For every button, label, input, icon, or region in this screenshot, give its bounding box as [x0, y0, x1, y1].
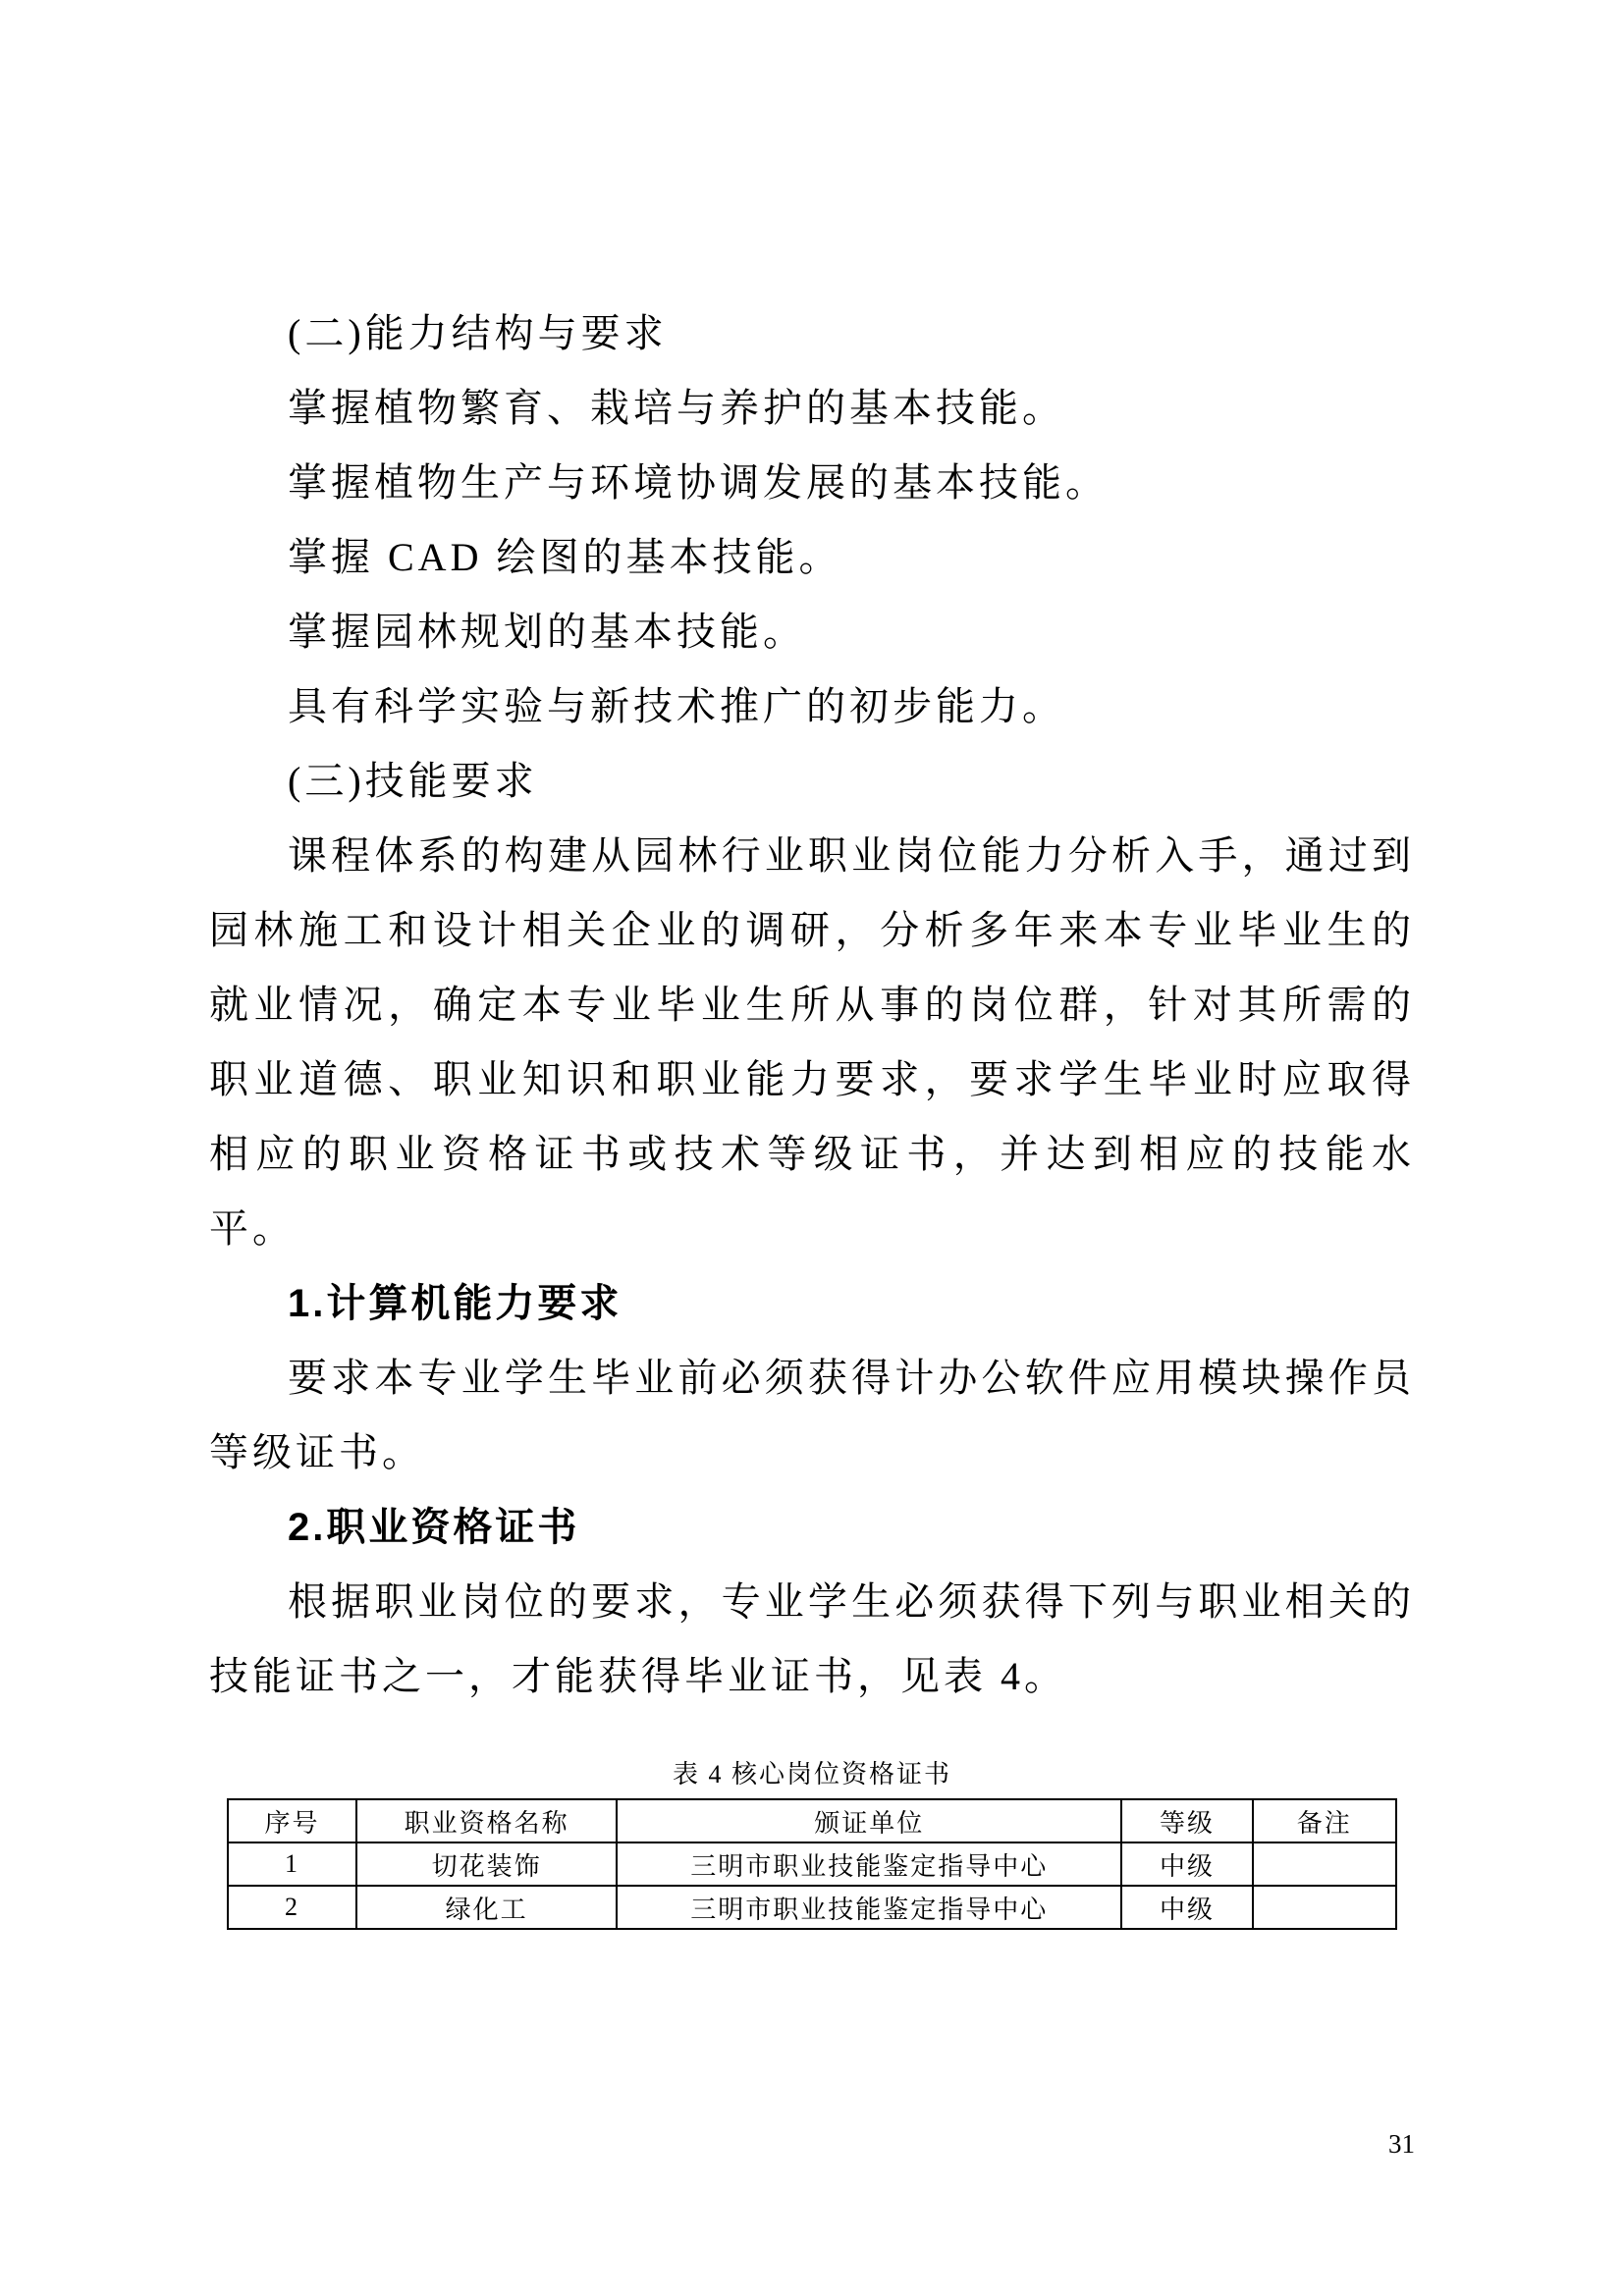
certificate-table-block: 表 4 核心岗位资格证书 序号 职业资格名称 颁证单位 等级 备注 — [227, 1758, 1397, 1930]
header-cell-index: 序号 — [228, 1799, 356, 1842]
paragraph-curriculum-system: 课程体系的构建从园林行业职业岗位能力分析入手，通过到园林施工和设计相关企业的调研… — [209, 819, 1415, 1266]
header-cell-level: 等级 — [1121, 1799, 1252, 1842]
core-post-qualification-table: 序号 职业资格名称 颁证单位 等级 备注 1 切花装饰 三明市职业技能鉴定指导中… — [227, 1798, 1397, 1930]
skill-item-landscape-planning: 掌握园林规划的基本技能。 — [209, 595, 1415, 669]
skill-item-plant-breeding: 掌握植物繁育、栽培与养护的基本技能。 — [209, 371, 1415, 446]
subheading-computer-ability: 1.计算机能力要求 — [209, 1266, 1415, 1341]
table-header-row: 序号 职业资格名称 颁证单位 等级 备注 — [228, 1799, 1396, 1842]
header-cell-qualification-name: 职业资格名称 — [356, 1799, 617, 1842]
table-row: 2 绿化工 三明市职业技能鉴定指导中心 中级 — [228, 1886, 1396, 1929]
header-cell-issuing-unit: 颁证单位 — [617, 1799, 1121, 1842]
section-heading-skill-requirements: (三)技能要求 — [209, 744, 1415, 819]
page-number: 31 — [1388, 2128, 1415, 2160]
cell-qualification-name: 绿化工 — [356, 1886, 617, 1929]
subheading-vocational-certificate: 2.职业资格证书 — [209, 1490, 1415, 1565]
skill-item-plant-production: 掌握植物生产与环境协调发展的基本技能。 — [209, 446, 1415, 520]
skill-item-science-experiment: 具有科学实验与新技术推广的初步能力。 — [209, 669, 1415, 744]
cell-remarks — [1253, 1886, 1396, 1929]
paragraph-certificate-requirement: 根据职业岗位的要求，专业学生必须获得下列与职业相关的技能证书之一，才能获得毕业证… — [209, 1565, 1415, 1714]
skill-item-cad-drawing: 掌握 CAD 绘图的基本技能。 — [209, 520, 1415, 595]
cell-index: 1 — [228, 1842, 356, 1886]
cell-issuing-unit: 三明市职业技能鉴定指导中心 — [617, 1842, 1121, 1886]
section-heading-ability-structure: (二)能力结构与要求 — [209, 296, 1415, 371]
cell-remarks — [1253, 1842, 1396, 1886]
cell-level: 中级 — [1121, 1886, 1252, 1929]
cell-qualification-name: 切花装饰 — [356, 1842, 617, 1886]
cell-index: 2 — [228, 1886, 356, 1929]
header-cell-remarks: 备注 — [1253, 1799, 1396, 1842]
table-caption: 表 4 核心岗位资格证书 — [227, 1758, 1397, 1791]
text-content: (二)能力结构与要求 掌握植物繁育、栽培与养护的基本技能。 掌握植物生产与环境协… — [0, 0, 1624, 1930]
paragraph-computer-certificate: 要求本专业学生毕业前必须获得计办公软件应用模块操作员等级证书。 — [209, 1341, 1415, 1490]
table-row: 1 切花装饰 三明市职业技能鉴定指导中心 中级 — [228, 1842, 1396, 1886]
cell-level: 中级 — [1121, 1842, 1252, 1886]
cell-issuing-unit: 三明市职业技能鉴定指导中心 — [617, 1886, 1121, 1929]
document-page: (二)能力结构与要求 掌握植物繁育、栽培与养护的基本技能。 掌握植物生产与环境协… — [0, 0, 1624, 2296]
